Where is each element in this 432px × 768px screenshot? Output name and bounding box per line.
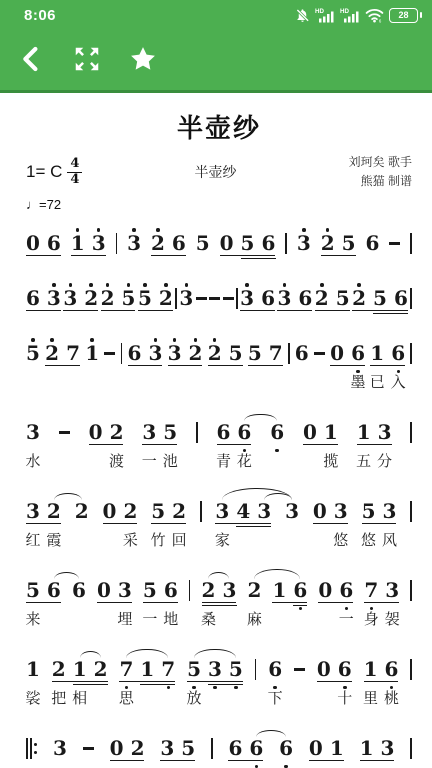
note-group: 1已6入 (370, 336, 405, 373)
lyric: 一 (142, 608, 157, 629)
note-digit: 2 (123, 501, 137, 521)
note-group: 02 (110, 731, 145, 768)
dash-note (83, 747, 94, 750)
beam-line (272, 602, 307, 604)
note-digit: 1 (26, 659, 40, 679)
favorite-button[interactable] (120, 36, 166, 82)
note: 6下 (268, 652, 282, 679)
note-digit: 6 (351, 343, 365, 363)
note-digit: 6 (295, 343, 309, 363)
lyric: 麻 (247, 608, 262, 629)
note-digit: 6 (279, 738, 293, 758)
barline (410, 422, 412, 443)
note-group: 57 (248, 336, 283, 373)
note-group: 36 (277, 281, 312, 318)
note-group: 06十 (317, 652, 352, 689)
beam-line (321, 255, 356, 257)
note: 1揽 (324, 415, 338, 442)
note-group: 1五3分 (357, 415, 392, 452)
beam-line (309, 760, 344, 762)
note-group: 03悠 (313, 494, 348, 531)
status-bar: 8:06 HD HD 6 28 (0, 0, 432, 28)
note-digit: 3 (240, 288, 254, 308)
note-group: 32 (63, 281, 98, 318)
note-group: 5竹2回 (151, 494, 186, 531)
octave-down-dot (299, 607, 303, 611)
note: 2 (321, 226, 335, 253)
barline (121, 343, 123, 364)
beam-line (26, 255, 61, 257)
note-digit: 5 (122, 288, 136, 308)
note: 0 (313, 494, 327, 521)
beam-line (248, 365, 283, 367)
note-digit: 6 (164, 580, 178, 600)
note-digit: 3 (26, 422, 40, 442)
note: 6桃 (385, 652, 399, 679)
note: 5一 (143, 573, 157, 600)
note-digit: 6 (237, 422, 251, 442)
beam-line (360, 760, 395, 762)
slur-arc (208, 572, 229, 579)
note-digit: 6 (72, 580, 86, 600)
beam-line (217, 444, 252, 446)
lyric: 悠 (333, 529, 348, 550)
note: 2 (45, 336, 59, 363)
note-digit: 3 (118, 580, 132, 600)
beam-line (151, 255, 186, 257)
star-icon (129, 45, 157, 73)
note-digit: 2 (45, 343, 59, 363)
note-group: 5 (26, 336, 40, 373)
barline (410, 343, 412, 364)
slur-arc (54, 572, 79, 579)
barline (236, 288, 238, 309)
note-digit: 6 (394, 288, 408, 308)
note: 3 (47, 281, 61, 308)
beam-line (303, 444, 338, 446)
singer-credit: 刘珂矣 歌手 (349, 153, 412, 172)
note-digit: 6 (249, 738, 263, 758)
note: 5悠 (362, 494, 376, 521)
note-digit: 5 (187, 659, 201, 679)
note-digit: 5 (241, 233, 255, 253)
note-group: 06墨 (330, 336, 365, 373)
svg-text:HD: HD (315, 8, 324, 15)
note-group: 6下 (268, 652, 282, 689)
note-digit: 3 (257, 501, 271, 521)
beam-line (330, 365, 365, 367)
note-digit: 5 (229, 659, 243, 679)
note-digit: 3 (26, 501, 40, 521)
note-digit: 6 (339, 580, 353, 600)
barline (255, 659, 257, 680)
note-digit: 6 (217, 422, 231, 442)
note-digit: 6 (268, 659, 282, 679)
note: 1 (71, 226, 85, 253)
note-digit: 7 (66, 343, 80, 363)
note-digit: 6 (365, 233, 379, 253)
note: 7身 (364, 573, 378, 600)
note: 3 (160, 731, 174, 758)
note-digit: 2 (94, 659, 108, 679)
note-digit: 2 (84, 288, 98, 308)
score-line-2: 633225523363625256 (26, 281, 412, 318)
note-digit: 6 (391, 343, 405, 363)
beam-line (143, 602, 178, 604)
note-digit: 2 (172, 501, 186, 521)
note-group: 3水 (26, 415, 40, 452)
song-title: 半壶纱 (26, 111, 412, 145)
note: 5 (181, 731, 195, 758)
note: 3埋 (118, 573, 132, 600)
note-digit: 2 (159, 288, 173, 308)
note-group: 01揽 (303, 415, 338, 452)
note-digit: 5 (181, 738, 195, 758)
lyric: 花 (237, 450, 252, 471)
note-digit: 6 (228, 738, 242, 758)
note-digit: 0 (303, 422, 317, 442)
note-digit: 2 (101, 288, 115, 308)
octave-down-dot (167, 686, 171, 690)
lyric: 一 (339, 608, 354, 629)
note: 5 (26, 336, 40, 363)
note-digit: 4 (236, 501, 250, 521)
note-digit: 2 (131, 738, 145, 758)
note-group: 3 (179, 281, 193, 318)
note: 0 (303, 415, 317, 442)
note-digit: 5 (196, 233, 210, 253)
note: 1裟 (26, 652, 40, 679)
beam-line (26, 602, 61, 604)
note: 3红 (26, 494, 40, 521)
lyric: 相 (72, 687, 87, 708)
barline (196, 422, 198, 443)
lyric: 下 (268, 687, 283, 708)
lyric: 红 (25, 529, 40, 550)
barline (410, 233, 412, 254)
note: 3水 (26, 415, 40, 442)
lyric: 埋 (117, 608, 132, 629)
note: 3一 (142, 415, 156, 442)
beam-line (151, 523, 186, 525)
note-digit: 3 (334, 501, 348, 521)
note: 3 (277, 281, 291, 308)
note-digit: 2 (208, 343, 222, 363)
note-group: 35 (160, 731, 195, 768)
note: 6墨 (351, 336, 365, 363)
note-digit: 7 (119, 659, 133, 679)
dash-note (196, 297, 207, 300)
note-group: 63 (26, 281, 61, 318)
beam-line (277, 310, 312, 312)
note: 5 (196, 226, 210, 253)
note-digit: 1 (140, 659, 154, 679)
score-line-6: 5来6603埋5一6地2桑32麻1606一7身3袈 (26, 573, 412, 610)
fullscreen-button[interactable] (64, 36, 110, 82)
time-signature: 4 4 (67, 157, 82, 188)
note: 0 (309, 731, 323, 758)
note-digit: 5 (229, 343, 243, 363)
beam-line (370, 365, 405, 367)
note-digit: 0 (89, 422, 103, 442)
beam-line (315, 310, 350, 312)
note: 1 (360, 731, 374, 758)
beam-line (364, 681, 399, 683)
beam-line (313, 523, 348, 525)
note-digit: 1 (370, 343, 384, 363)
beam-line-2 (73, 684, 108, 686)
note-digit: 0 (309, 738, 323, 758)
note: 6青 (217, 415, 231, 442)
note: 5 (241, 226, 255, 253)
beam-line-2 (236, 526, 271, 528)
note-group: 25 (101, 281, 136, 318)
note-digit: 3 (222, 580, 236, 600)
note-digit: 0 (313, 501, 327, 521)
lyric: 已 (370, 371, 385, 392)
note-digit: 2 (315, 288, 329, 308)
note: 5池 (163, 415, 177, 442)
note-digit: 1 (71, 233, 85, 253)
beam-line (228, 760, 263, 762)
note: 0 (318, 573, 332, 600)
note-group: 3一5池 (142, 415, 177, 452)
note-group: 1 (85, 336, 99, 373)
beam-line-2 (373, 313, 408, 315)
note: 0 (89, 415, 103, 442)
lyric: 地 (163, 608, 178, 629)
beam-line-2 (202, 605, 237, 607)
lyric: 家 (215, 529, 230, 550)
beam-line (220, 255, 276, 257)
beam-line (26, 523, 61, 525)
repeat-sign (26, 738, 37, 759)
svg-text:HD: HD (340, 8, 349, 15)
lyric: 水 (25, 450, 40, 471)
song-subtitle: 半壶纱 (195, 162, 237, 182)
note: 6 (128, 336, 142, 363)
beam-line (45, 365, 80, 367)
note-digit: 5 (26, 580, 40, 600)
dash-note (314, 352, 325, 355)
beam-line (187, 681, 243, 683)
slur-arc (256, 730, 286, 737)
note-digit: 3 (168, 343, 182, 363)
note-digit: 2 (202, 580, 216, 600)
note-digit: 3 (297, 233, 311, 253)
beam-line (128, 365, 163, 367)
note: 3 (240, 281, 254, 308)
note-digit: 3 (47, 288, 61, 308)
note-group: 6 (295, 336, 309, 373)
note-group: 056 (220, 226, 276, 263)
fullscreen-icon (72, 44, 102, 74)
lyric: 把 (51, 687, 66, 708)
note-digit: 3 (385, 580, 399, 600)
note-digit: 0 (330, 343, 344, 363)
beam-line (119, 681, 175, 683)
note: 6一 (339, 573, 353, 600)
note: 2 (151, 226, 165, 253)
note-digit: 3 (277, 288, 291, 308)
note-digit: 1 (330, 738, 344, 758)
note-group: 6 (365, 226, 379, 263)
note: 5 (229, 336, 243, 363)
note-digit: 5 (151, 501, 165, 521)
barline (200, 501, 202, 522)
note-digit: 2 (52, 659, 66, 679)
lyric: 桃 (384, 687, 399, 708)
note-digit: 6 (338, 659, 352, 679)
note-digit: 1 (360, 738, 374, 758)
note: 7 (66, 336, 80, 363)
lyric: 里 (363, 687, 378, 708)
note: 0 (330, 336, 344, 363)
note-group: 1裟 (26, 652, 40, 689)
octave-down-dot (343, 686, 347, 690)
note: 2采 (123, 494, 137, 521)
note-digit: 3 (92, 233, 106, 253)
note: 2 (315, 281, 329, 308)
note-digit: 2 (321, 233, 335, 253)
octave-down-dot (213, 686, 217, 690)
note-group: 52 (138, 281, 173, 318)
barline (410, 288, 412, 309)
dash-note (209, 297, 220, 300)
wifi-icon: 6 (365, 8, 384, 23)
note: 2 (131, 731, 145, 758)
battery-percent: 28 (389, 8, 418, 23)
note-group: 27 (45, 336, 80, 373)
beam-line (142, 444, 177, 446)
note: 2 (84, 281, 98, 308)
dash-note (294, 668, 305, 671)
back-button[interactable] (8, 36, 54, 82)
credits: 刘珂矣 歌手 熊猫 制谱 (349, 153, 412, 191)
lyric: 一 (142, 450, 157, 471)
note-digit: 3 (160, 738, 174, 758)
note-digit: 3 (63, 288, 77, 308)
sheet-content: 半壶纱 1= C 4 4 半壶纱 刘珂矣 歌手 熊猫 制谱 ♩=72 06133… (0, 93, 432, 768)
note: 3 (297, 226, 311, 253)
beam-line (160, 760, 195, 762)
note: 3 (63, 281, 77, 308)
note-digit: 6 (128, 343, 142, 363)
note-digit: 3 (285, 501, 299, 521)
note-digit: 6 (293, 580, 307, 600)
lyric: 放 (187, 687, 202, 708)
barline (116, 233, 118, 254)
note: 6入 (391, 336, 405, 363)
beam-line-2 (241, 258, 276, 260)
note-digit: 2 (189, 343, 203, 363)
note-group: 3 (127, 226, 141, 263)
note: 5 (122, 281, 136, 308)
note-digit: 3 (127, 233, 141, 253)
key-label: 1= C (26, 162, 62, 182)
note-group: 32 (168, 336, 203, 373)
note: 1五 (357, 415, 371, 442)
note-digit: 3 (53, 738, 67, 758)
note-group: 3 (53, 731, 67, 768)
note-group: 5悠3风 (362, 494, 397, 531)
note-digit: 2 (47, 501, 61, 521)
status-icons: HD HD 6 28 (295, 7, 422, 23)
note-digit: 5 (342, 233, 356, 253)
barline (410, 501, 412, 522)
note: 0 (26, 226, 40, 253)
beam-line (317, 681, 352, 683)
note-digit: 7 (269, 343, 283, 363)
battery-icon: 28 (389, 8, 422, 23)
note-digit: 6 (385, 659, 399, 679)
score-line-4: 3水02渡3一5池6青6花601揽1五3分 (26, 415, 412, 452)
note-group: 26 (151, 226, 186, 263)
note-digit: 5 (26, 343, 40, 363)
note: 3 (381, 731, 395, 758)
score: 0613326505632566332255233636252565271633… (26, 226, 412, 768)
tempo-marking: ♩=72 (26, 197, 412, 212)
note-digit: 5 (163, 422, 177, 442)
note-group: 01 (309, 731, 344, 768)
key-signature: 1= C 4 4 (26, 157, 82, 188)
note-group: 1里6桃 (364, 652, 399, 689)
lyric: 来 (25, 608, 40, 629)
beam-line (362, 523, 397, 525)
lyric: 风 (382, 529, 397, 550)
beam-line (89, 444, 124, 446)
note: 6十 (338, 652, 352, 679)
toolbar (0, 28, 432, 93)
note-group: 25 (315, 281, 350, 318)
note: 2 (208, 336, 222, 363)
lyric: 采 (123, 529, 138, 550)
lyric: 身 (364, 608, 379, 629)
note: 3 (168, 336, 182, 363)
note-digit: 3 (383, 501, 397, 521)
slur-arc (244, 414, 277, 422)
note-digit: 1 (73, 659, 87, 679)
note: 6 (47, 226, 61, 253)
note: 2把 (52, 652, 66, 679)
note: 3 (53, 731, 67, 758)
lyric: 十 (337, 687, 352, 708)
meta-row: 1= C 4 4 半壶纱 刘珂矣 歌手 熊猫 制谱 (26, 153, 412, 191)
beam-line (208, 365, 243, 367)
note-digit: 3 (378, 422, 392, 442)
note-digit: 6 (172, 233, 186, 253)
beam-line (202, 602, 237, 604)
note: 6 (365, 226, 379, 253)
note: 6 (295, 336, 309, 363)
note: 0 (110, 731, 124, 758)
note: 0 (220, 226, 234, 253)
beam-line (364, 602, 399, 604)
bell-off-icon (295, 8, 310, 23)
note: 6 (298, 281, 312, 308)
slur-arc (54, 493, 82, 500)
note: 7 (269, 336, 283, 363)
note: 6 (172, 226, 186, 253)
note-digit: 5 (336, 288, 350, 308)
note: 5竹 (151, 494, 165, 521)
beam-line (71, 255, 106, 257)
note: 6 (261, 226, 275, 253)
lyric: 桑 (201, 608, 216, 629)
lyric: 袈 (385, 608, 400, 629)
note-digit: 5 (362, 501, 376, 521)
note: 2 (352, 281, 366, 308)
